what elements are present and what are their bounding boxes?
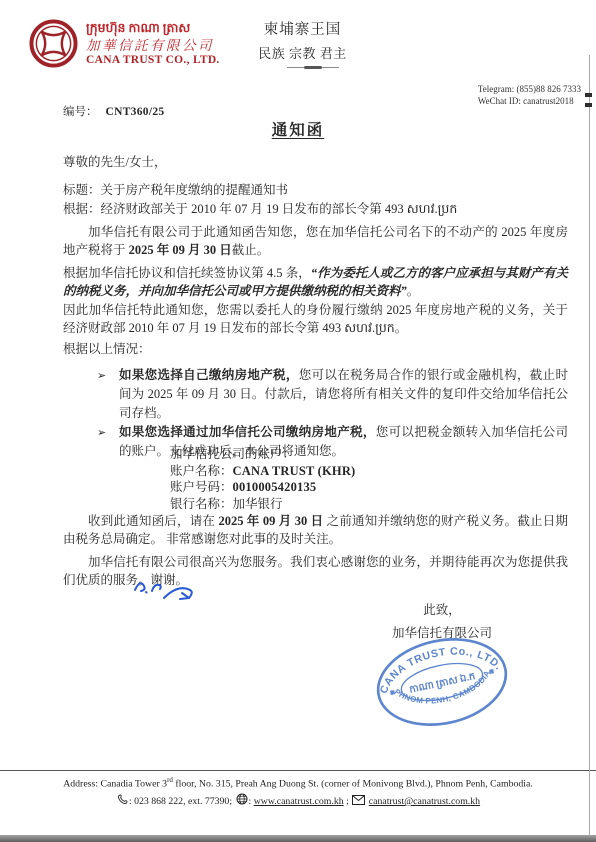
subject-label: 标题： [63,183,101,197]
closing-salutation: 此致， [372,604,512,617]
bank-details: 加华信托公司的账户： 账户名称：CANA TRUST (KHR) 账户号码：00… [170,446,355,512]
wechat-line: WeChat ID: canatrust2018 [478,95,581,107]
paragraph-payment-request: 收到此通知函后，请在 2025 年 09 月 30 日 之前通知并缴纳您的财产税… [63,512,568,548]
bank-account-number: 账户号码：0010005420135 [170,479,355,496]
document-title: 通知函 [0,118,596,140]
scan-edge-mark [585,103,592,107]
subject-value: 关于房产税年度缴纳的提醒通知书 [101,183,289,197]
globe-icon [236,793,248,805]
ref-value: CNT360/25 [106,106,165,118]
company-name-block: ក្រុមហ៊ុន កាណា ត្រាស 加華信託有限公司 CANA TRUST… [86,22,220,67]
bank-name: 银行名称：加华银行 [170,496,355,513]
basis-label: 根据： [63,202,101,216]
ref-label: 编号： [63,106,98,118]
country-title: 柬埔寨王国 [230,18,375,39]
situation-intro: 根据以上情况： [63,340,151,358]
company-name-chinese: 加華信託有限公司 [86,39,220,53]
email-link[interactable]: canatrust@canatrust.com.kh [369,796,480,807]
basis-value: 经济财政部关于 2010 年 07 月 19 日发布的部长令第 493 សហវ.… [101,202,458,216]
letter-page: ក្រុមហ៊ុន កាណា ត្រាស 加華信託有限公司 CANA TRUST… [0,0,596,842]
stamp-bottom-text: PHNOM PENH, CAMBODIA [391,667,496,714]
paragraph-obligation: 因此加华信托特此通知您，您需以委托人的身份履行缴纳 2025 年度房地产税的义务… [63,301,568,337]
scan-edge-line [589,55,590,836]
ornament-divider [287,66,339,69]
greeting: 尊敬的先生/女士， [63,153,166,171]
scan-edge-mark [585,93,592,97]
paragraph-deadline: 加华信托有限公司于此通知函告知您，您在加华信托公司名下的不动产的 2025 年度… [63,223,568,259]
state-header: 柬埔寨王国 民族 宗教 君主 [230,18,375,62]
company-name-khmer: ក្រុមហ៊ុន កាណា ត្រាស [86,22,220,35]
handwritten-pen-mark [128,574,198,608]
national-motto: 民族 宗教 君主 [230,43,375,62]
bank-account-name: 账户名称：CANA TRUST (KHR) [170,463,355,480]
footer-divider [0,770,596,771]
phone-icon [117,794,128,805]
email-icon [352,795,365,805]
company-stamp: CANA TRUST Co., LTD. PHNOM PENH, CAMBODI… [366,624,518,740]
reference-number: 编号：CNT360/25 [63,103,164,119]
scan-bottom-band [0,835,596,842]
bank-heading: 加华信托公司的账户： [170,446,355,463]
list-item: ➢ 如果您选择自己缴纳房地产税，您可以在税务局合作的银行或金融机构，截止时间为 … [97,366,568,423]
arrow-bullet-icon: ➢ [97,366,111,423]
deadline-date: 2025 年 09 月 30 日 [129,243,232,257]
deadline-date: 2025 年 09 月 30 日 [218,514,323,528]
subject-line: 标题：关于房产税年度缴纳的提醒通知书 [63,181,288,199]
telegram-line: Telegram: (855)88 826 7333 [478,83,581,95]
paragraph-agreement: 根据加华信托协议和信托续签协议第 4.5 条，“作为委托人或乙方的客户应承担与其… [63,264,568,300]
cana-trust-logo-icon [29,19,78,68]
contact-block: Telegram: (855)88 826 7333 WeChat ID: ca… [478,83,581,107]
company-name-english: CANA TRUST CO., LTD. [86,55,220,67]
footer-address: Address: Canadia Tower 3rd floor, No. 31… [0,776,596,789]
footer-contacts: : 023 868 222, ext. 77390; : www.canatru… [0,793,596,807]
website-link[interactable]: www.canatrust.com.kh [254,796,344,807]
arrow-bullet-icon: ➢ [97,423,111,461]
basis-line: 根据：经济财政部关于 2010 年 07 月 19 日发布的部长令第 493 ស… [63,200,457,218]
svg-text:PHNOM PENH, CAMBODIA: PHNOM PENH, CAMBODIA [391,667,496,714]
